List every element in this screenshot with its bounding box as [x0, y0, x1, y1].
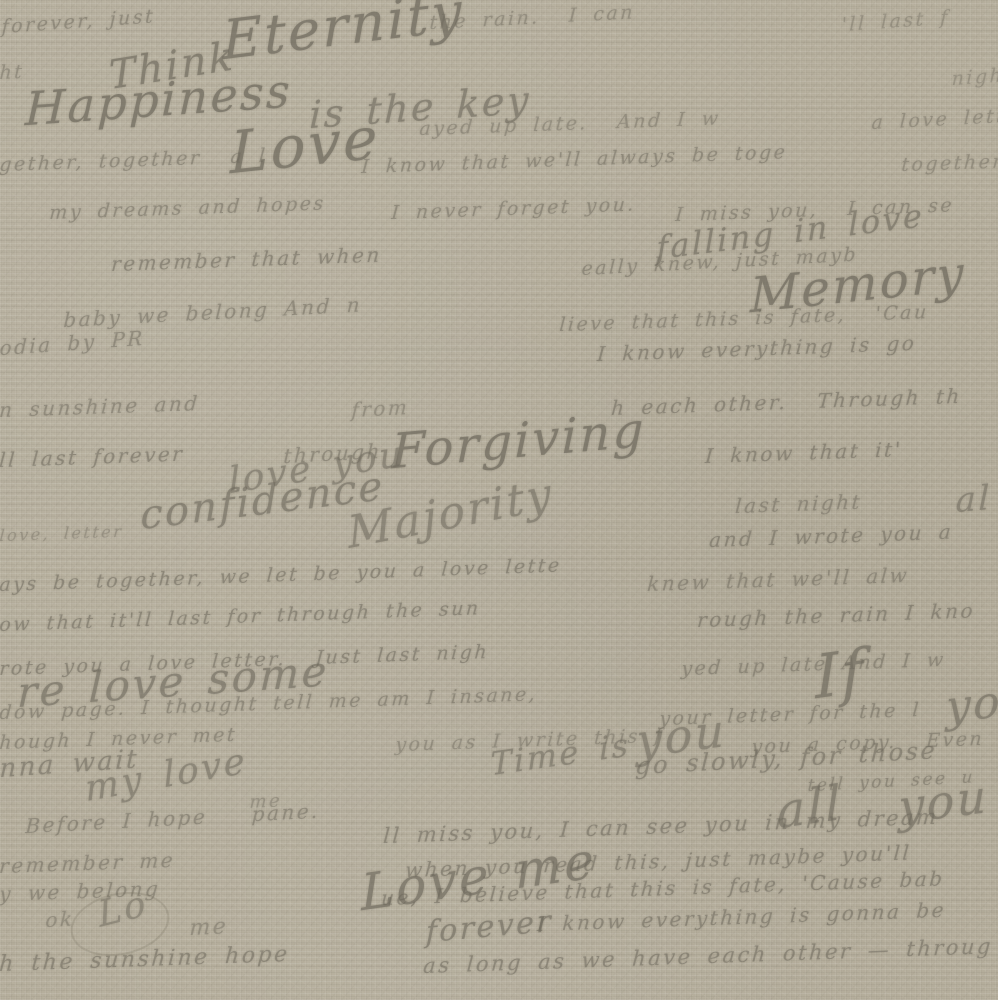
- script-phrase: from: [351, 397, 410, 420]
- script-phrase: I know everything is gonna be: [537, 900, 947, 934]
- script-phrase: a love lette: [871, 106, 998, 133]
- script-phrase: last night: [735, 492, 863, 516]
- script-phrase: odia by PR: [0, 328, 145, 358]
- script-phrase: 'll last f: [841, 8, 950, 35]
- script-phrase: forever, just: [1, 7, 155, 37]
- script-phrase: I know that we'll always be toge: [361, 143, 788, 177]
- script-phrase: knew that we'll alw: [647, 565, 910, 594]
- script-phrase: n sunshine and: [0, 393, 200, 420]
- script-phrase: ll miss you, I can see you in my dream: [383, 807, 940, 847]
- script-phrase: ow that it'll last for through the sun: [0, 599, 481, 635]
- script-phrase: If: [814, 641, 867, 708]
- script-phrase: Forgiving: [391, 406, 646, 477]
- wallpaper-texture: forever, justthe rain. I can'll last fEt…: [0, 0, 998, 1000]
- script-phrase: I know that it': [705, 439, 904, 466]
- script-phrase: h each other. Through th: [611, 386, 963, 418]
- script-phrase: lieve that this is fate, 'Cau: [559, 303, 930, 335]
- script-phrase: al: [955, 481, 992, 518]
- script-phrase: together: [901, 152, 998, 175]
- script-phrase: gether, together a l: [0, 147, 268, 175]
- script-phrase: I know everything is go: [597, 333, 918, 364]
- script-phrases-layer: forever, justthe rain. I can'll last fEt…: [0, 0, 998, 1000]
- script-phrase: baby we belong And n: [63, 294, 363, 330]
- script-phrase: and I wrote you a: [709, 521, 954, 550]
- script-phrase: nigh: [951, 66, 998, 89]
- script-phrase: ll last forever: [0, 444, 185, 471]
- script-phrase: my dreams and hopes: [49, 194, 327, 223]
- script-phrase: ays be together, we let be you a love le…: [0, 556, 562, 595]
- script-phrase: ht: [0, 63, 25, 83]
- script-phrase: remember that when: [111, 245, 383, 275]
- script-phrase: remember me: [0, 850, 176, 876]
- script-phrase: h the sunshine hope: [0, 944, 290, 976]
- script-phrase: Eternity: [222, 0, 464, 68]
- script-phrase: yo: [946, 680, 998, 730]
- script-phrase: rough the rain I kno: [697, 600, 976, 630]
- script-phrase: love, letter: [0, 524, 124, 544]
- script-phrase: Before I hope pane.: [25, 801, 321, 837]
- script-phrase: I never forget you.: [391, 195, 637, 223]
- script-phrase: me: [189, 916, 229, 940]
- script-phrase: forever: [425, 907, 553, 948]
